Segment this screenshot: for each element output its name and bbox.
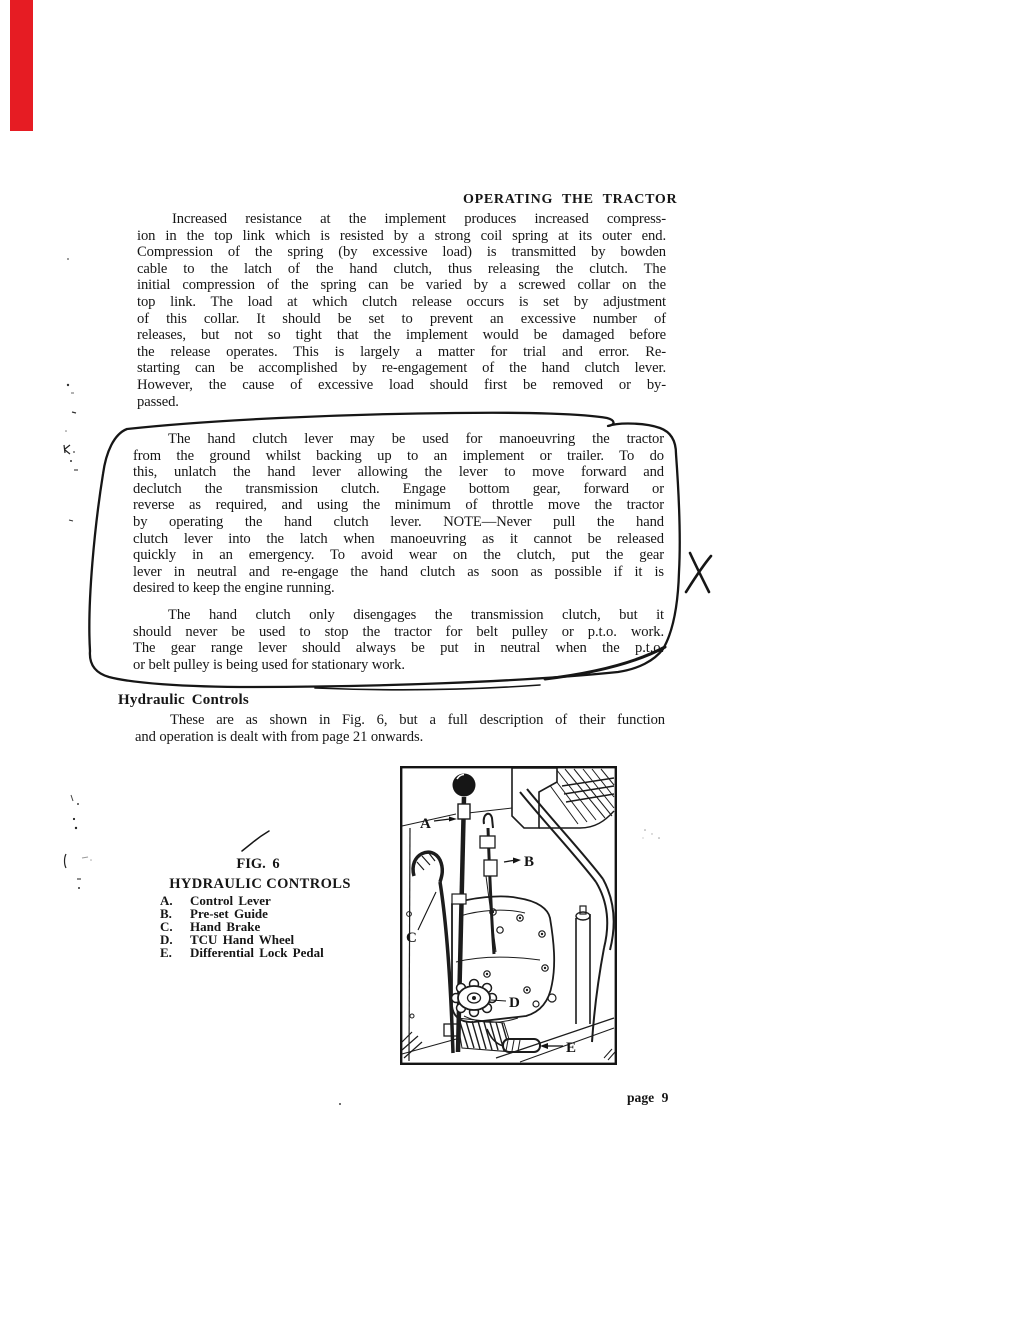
text-line: this, unlatch the hand lever allowing th… [133,464,664,481]
figure-label-d: D [509,995,520,1011]
text-line: declutch the transmission clutch. Engage… [133,481,664,498]
text-line: Increased resistance at the implement pr… [137,211,666,228]
text-line: of this collar. It should be set to prev… [137,311,666,328]
tractor-controls-drawing: A B C D E [400,766,617,1065]
text-line: clutch lever into the latch when manoeuv… [133,531,664,548]
text-line: initial compression of the spring can be… [137,277,666,294]
x-mark-annotation [686,553,711,592]
paragraph-hand-clutch-pto: The hand clutch only disengages the tran… [133,607,664,673]
right-cylinder [576,906,590,1024]
text-line: and operation is dealt with from page 21… [135,729,665,746]
diff-lock-pedal [487,1029,540,1052]
figure-caption-title: FIG. 6 [198,856,318,873]
running-header: OPERATING THE TRACTOR [463,192,677,208]
text-line: The hand clutch lever may be used for ma… [133,431,664,448]
page-number: page 9 [627,1090,668,1106]
text-line: releases, but not so tight that the impl… [137,327,666,344]
figure-label-a: A [420,816,431,832]
figure-caption-subtitle: HYDRAULIC CONTROLS [150,876,370,893]
text-line: reverse as required, and using the minim… [133,497,664,514]
text-line: starting can be accomplished by re-engag… [137,360,666,377]
figure-hydraulic-controls-illustration: A B C D E [400,766,617,1065]
preset-guide-lever [480,814,497,954]
figure-label-b: B [524,854,534,870]
check-mark-annotation [242,831,269,851]
figure-legend: A. Control Lever B. Pre-set Guide C. Han… [160,895,390,960]
text-line: These are as shown in Fig. 6, but a full… [135,712,665,729]
text-line: the release operates. This is largely a … [137,344,666,361]
hand-brake-lever [413,852,460,1053]
text-line: from the ground whilst backing up to an … [133,448,664,465]
text-line: passed. [137,394,666,411]
text-line: by operating the hand clutch lever. NOTE… [133,514,664,531]
text-line: The hand clutch only disengages the tran… [133,607,664,624]
circle-underline [315,685,540,690]
paragraph-hand-clutch-manoeuvring: The hand clutch lever may be used for ma… [133,431,664,597]
text-line: or belt pulley is being used for station… [133,657,664,674]
paragraph-top-link: Increased resistance at the implement pr… [137,211,666,410]
legend-item-diff-lock-pedal: E. Differential Lock Pedal [160,947,390,960]
legend-label: Differential Lock Pedal [190,947,390,960]
text-line: lever in neutral and re-engage the hand … [133,564,664,581]
section-heading-hydraulic-controls: Hydraulic Controls [118,692,249,709]
figure-label-c: C [406,930,417,946]
text-line: However, the cause of excessive load sho… [137,377,666,394]
tcu-hand-wheel [452,980,497,1017]
figure-label-e: E [566,1040,576,1056]
text-line: cable to the latch of the hand clutch, t… [137,261,666,278]
text-line: Compression of the spring (by excessive … [137,244,666,261]
manual-page: OPERATING THE TRACTOR Increased resistan… [0,0,1024,1325]
legend-key: E. [160,947,190,960]
arrowhead [513,858,521,864]
text-line: The gear range lever should always be pu… [133,640,664,657]
arrowhead [540,1043,548,1049]
text-line: ion in the top link which is resisted by… [137,228,666,245]
arrowhead [449,817,457,822]
paragraph-hydraulic-controls: These are as shown in Fig. 6, but a full… [135,712,665,745]
figure-border [401,767,616,1064]
text-line: should never be used to stop the tractor… [133,624,664,641]
text-line: quickly in an emergency. To avoid wear o… [133,547,664,564]
text-line: desired to keep the engine running. [133,580,664,597]
text-line: top link. The load at which clutch relea… [137,294,666,311]
red-bookmark-tab [10,0,33,131]
ball-knob [453,774,476,797]
